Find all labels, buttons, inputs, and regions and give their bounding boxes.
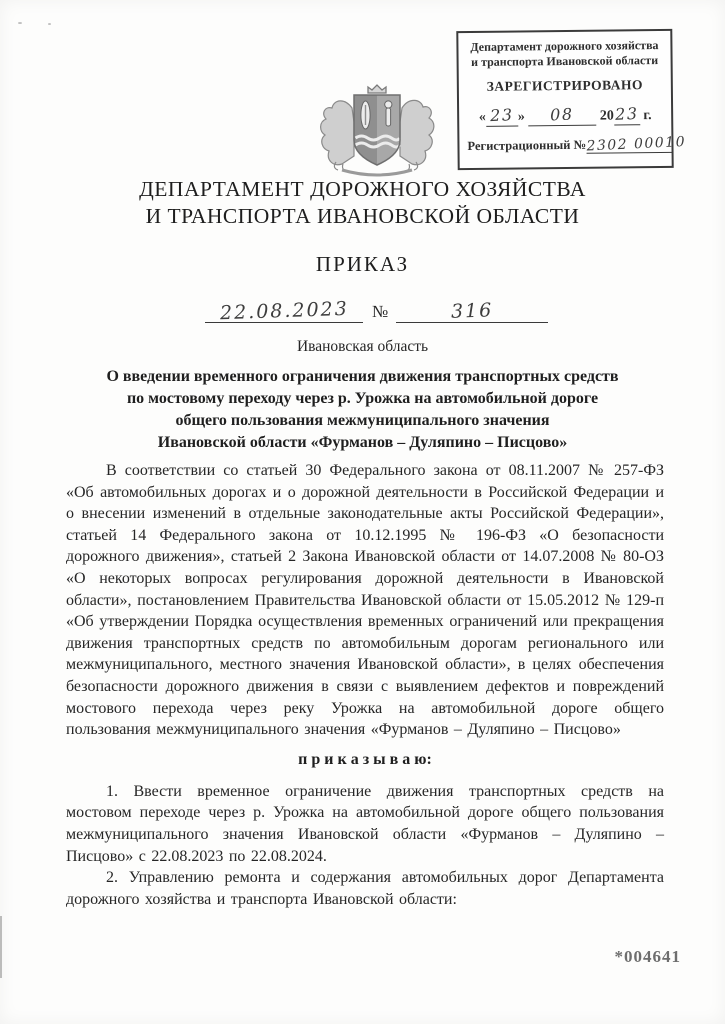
order-item-1: 1. Ввести временное ограничение движения… bbox=[66, 781, 664, 867]
stamp-year-suffix: г. bbox=[643, 108, 651, 123]
stamp-date-year-handwritten: 23 bbox=[615, 104, 639, 124]
stamp-reg-number-row: Регистрационный №2302 00010 bbox=[467, 136, 663, 155]
document-type-heading: ПРИКАЗ bbox=[0, 252, 725, 277]
stamp-quote-close: » bbox=[518, 109, 525, 124]
registration-barcode-number: *004641 bbox=[615, 947, 682, 967]
order-body: В соответствии со статьей 30 Федеральног… bbox=[66, 460, 664, 910]
stamp-org-line2: и транспорта Ивановской области bbox=[467, 53, 663, 70]
stamp-date-month-handwritten: 08 bbox=[550, 105, 574, 125]
department-title: ДЕПАРТАМЕНТ ДОРОЖНОГО ХОЗЯЙСТВА И ТРАНСП… bbox=[0, 176, 725, 230]
stamp-registered-label: ЗАРЕГИСТРИРОВАНО bbox=[467, 77, 663, 95]
ivanovo-oblast-coat-of-arms-icon bbox=[312, 82, 442, 178]
scanned-order-document: Департамент дорожного хозяйства и трансп… bbox=[0, 0, 725, 1024]
stamp-year-printed: 20 bbox=[600, 108, 614, 123]
order-number-handwritten: 316 bbox=[451, 299, 494, 322]
order-date-handwritten: 22.08.2023 bbox=[219, 298, 348, 324]
date-number-line: 22.08.2023 № 316 bbox=[205, 300, 565, 323]
subject-line3: общего пользования межмуниципального зна… bbox=[0, 410, 725, 432]
stamp-date-day-handwritten: 23 bbox=[490, 105, 514, 125]
department-title-line1: ДЕПАРТАМЕНТ ДОРОЖНОГО ХОЗЯЙСТВА bbox=[0, 176, 725, 203]
number-sign: № bbox=[372, 302, 388, 322]
stamp-reg-number-handwritten: 2302 00010 bbox=[586, 134, 686, 155]
order-verb: п р и к а з ы в а ю: bbox=[66, 751, 664, 769]
stamp-reg-label: Регистрационный № bbox=[467, 138, 586, 153]
stamp-date-row: «23» 08 2023 г. bbox=[467, 104, 663, 127]
subject-line1: О введении временного ограничения движен… bbox=[0, 366, 725, 388]
registration-stamp: Департамент дорожного хозяйства и трансп… bbox=[456, 29, 673, 170]
order-item-2: 2. Управлению ремонта и содержания автом… bbox=[66, 867, 664, 910]
subject-line4: Ивановской области «Фурманов – Дуляпино … bbox=[0, 432, 725, 454]
subject-line2: по мостовому переходу через р. Урожка на… bbox=[0, 388, 725, 410]
region-label: Ивановская область bbox=[0, 338, 725, 356]
order-subject: О введении временного ограничения движен… bbox=[0, 366, 725, 454]
department-title-line2: И ТРАНСПОРТА ИВАНОВСКОЙ ОБЛАСТИ bbox=[0, 203, 725, 230]
scan-speck bbox=[18, 22, 22, 24]
scan-edge-artifact bbox=[0, 916, 2, 978]
preamble-paragraph: В соответствии со статьей 30 Федеральног… bbox=[66, 460, 664, 741]
scan-speck bbox=[48, 23, 51, 25]
